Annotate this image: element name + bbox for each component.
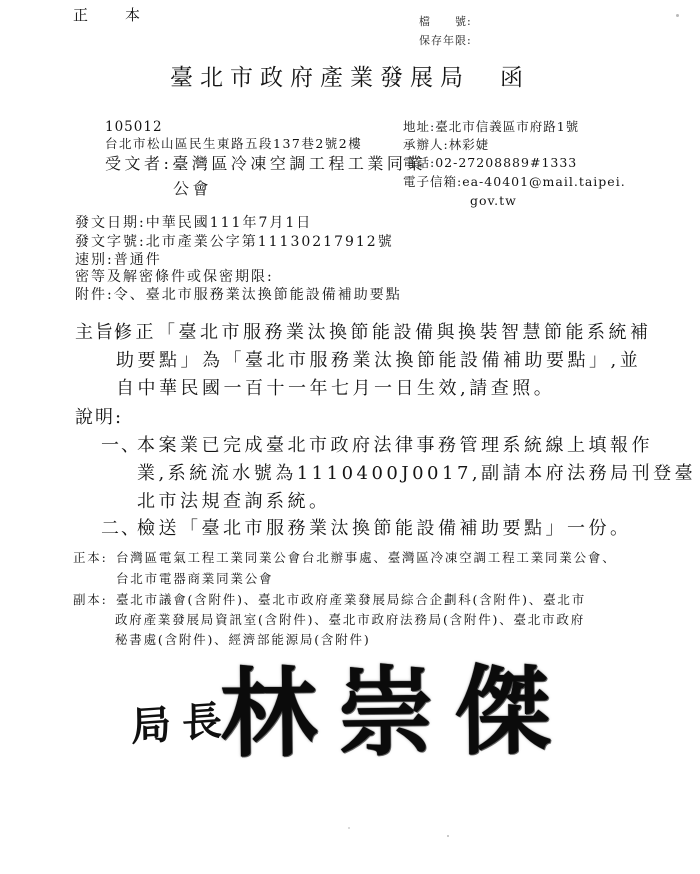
copy-type-label: 正 本: [73, 6, 151, 25]
cc-copy-recipients-line: 秘書處(含附件)、經濟部能源局(含附件): [115, 632, 371, 648]
scan-speck: [348, 827, 350, 829]
explanation-item1-number: 一、: [101, 435, 141, 458]
official-letter-page: 正 本 檔 號: 保存年限: 臺北市政府產業發展局 函 105012 台北市松山…: [0, 0, 700, 874]
retention-period-label: 保存年限:: [419, 34, 472, 48]
cc-copy-recipients-line: 臺北市議會(含附件)、臺北市政府產業發展局綜合企劃科(含附件)、臺北市: [116, 592, 586, 608]
explanation-item1-line: 北市法規查詢系統。: [137, 491, 331, 514]
cc-copy-recipients-line: 政府產業發展局資訊室(含附件)、臺北市政府法務局(含附件)、臺北市政府: [115, 612, 585, 628]
recipient-address: 台北市松山區民生東路五段137巷2號2樓: [105, 136, 362, 152]
contact-email-line2: gov.tw: [470, 193, 517, 209]
signer-name-stamp: 林崇傑: [219, 650, 571, 775]
explanation-label: 說明:: [75, 407, 123, 430]
recipient-name-line1: 受文者:臺灣區冷凍空調工程工業同業: [105, 154, 426, 174]
subject-line: 助要點」為「臺北市服務業汰換節能設備補助要點」,並: [116, 350, 641, 373]
subject-line: 自中華民國一百十一年七月一日生效,請查照。: [116, 378, 555, 401]
original-copy-recipients-line: 台北市電器商業同業公會: [116, 571, 273, 587]
explanation-item2-number: 二、: [101, 518, 141, 541]
signer-title: 局長: [131, 695, 234, 752]
scan-speck: [447, 835, 449, 837]
contact-person: 承辦人:林彩婕: [403, 137, 489, 153]
scan-speck: [676, 14, 679, 17]
recipient-name-line2: 公會: [173, 179, 212, 199]
explanation-item2-line: 檢送「臺北市服務業汰換節能設備補助要點」一份。: [137, 518, 632, 541]
document-title: 臺北市政府產業發展局 函: [0, 64, 700, 93]
security-classification: 密等及解密條件或保密期限:: [75, 269, 274, 287]
explanation-item1-line: 業,系統流水號為1110400J0017,副請本府法務局刊登臺: [137, 463, 696, 486]
document-number: 發文字號:北市產業公字第11130217912號: [75, 234, 394, 252]
contact-email-line1: 電子信箱:ea-40401@mail.taipei.: [403, 174, 626, 190]
attachment-note: 附件:令、臺北市服務業汰換節能設備補助要點: [75, 287, 402, 305]
recipient-postal-code: 105012: [105, 119, 163, 136]
cc-copy-label: 副本:: [73, 592, 108, 608]
file-number-label: 檔 號:: [419, 15, 472, 29]
delivery-speed: 速別:普通件: [75, 252, 162, 270]
subject-line: 修正「臺北市服務業汰換節能設備與換裝智慧節能系統補: [114, 322, 652, 345]
original-copy-recipients-line: 台灣區電氣工程工業同業公會台北辦事處、臺灣區冷凍空調工程工業同業公會、: [116, 550, 617, 566]
sender-address: 地址:臺北市信義區市府路1號: [403, 119, 579, 135]
original-copy-label: 正本:: [73, 550, 108, 566]
explanation-item1-line: 本案業已完成臺北市政府法律事務管理系統線上填報作: [137, 435, 653, 458]
issue-date: 發文日期:中華民國111年7月1日: [75, 215, 312, 233]
contact-phone: 電話:02-27208889#1333: [403, 155, 577, 171]
